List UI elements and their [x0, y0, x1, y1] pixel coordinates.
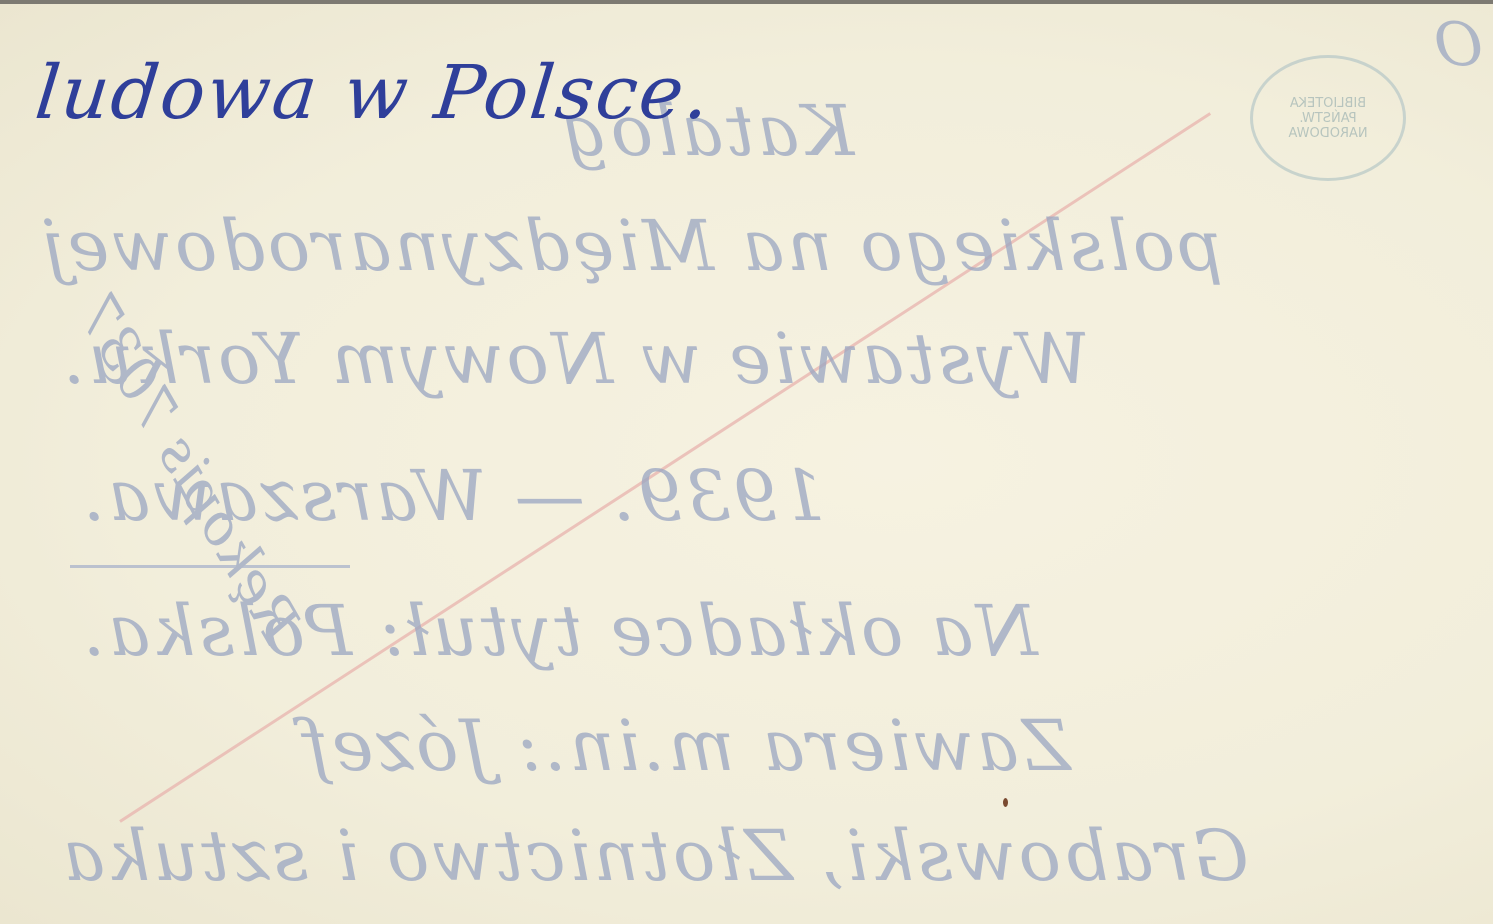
bleed-line-7: Grabowski, Złotnictwo i sztuka: [60, 815, 1249, 897]
library-stamp: BIBLIOTEKA PAŃSTW. NARODOWA: [1250, 55, 1406, 181]
stamp-line-1: BIBLIOTEKA: [1290, 96, 1366, 111]
handwritten-ink-text: ludowa w Polsce.: [31, 50, 715, 136]
bleed-line-5: Na okładce tytuł: Polska.: [80, 590, 1037, 672]
bleed-line-6: Zawiera m.in.: Józef: [300, 705, 1070, 787]
bleed-top-mark: O: [1431, 10, 1483, 80]
stamp-line-2: PAŃSTW.: [1299, 111, 1356, 126]
stamp-line-3: NARODOWA: [1288, 126, 1367, 141]
bleed-line-3: Wystawie w Nowym Yorku.: [60, 318, 1090, 400]
paper-speck: [1003, 798, 1008, 807]
bleed-line-2: polskiego na Międzynarodowej: [40, 205, 1223, 287]
index-card: Katalog polskiego na Międzynarodowej Wys…: [0, 0, 1493, 924]
